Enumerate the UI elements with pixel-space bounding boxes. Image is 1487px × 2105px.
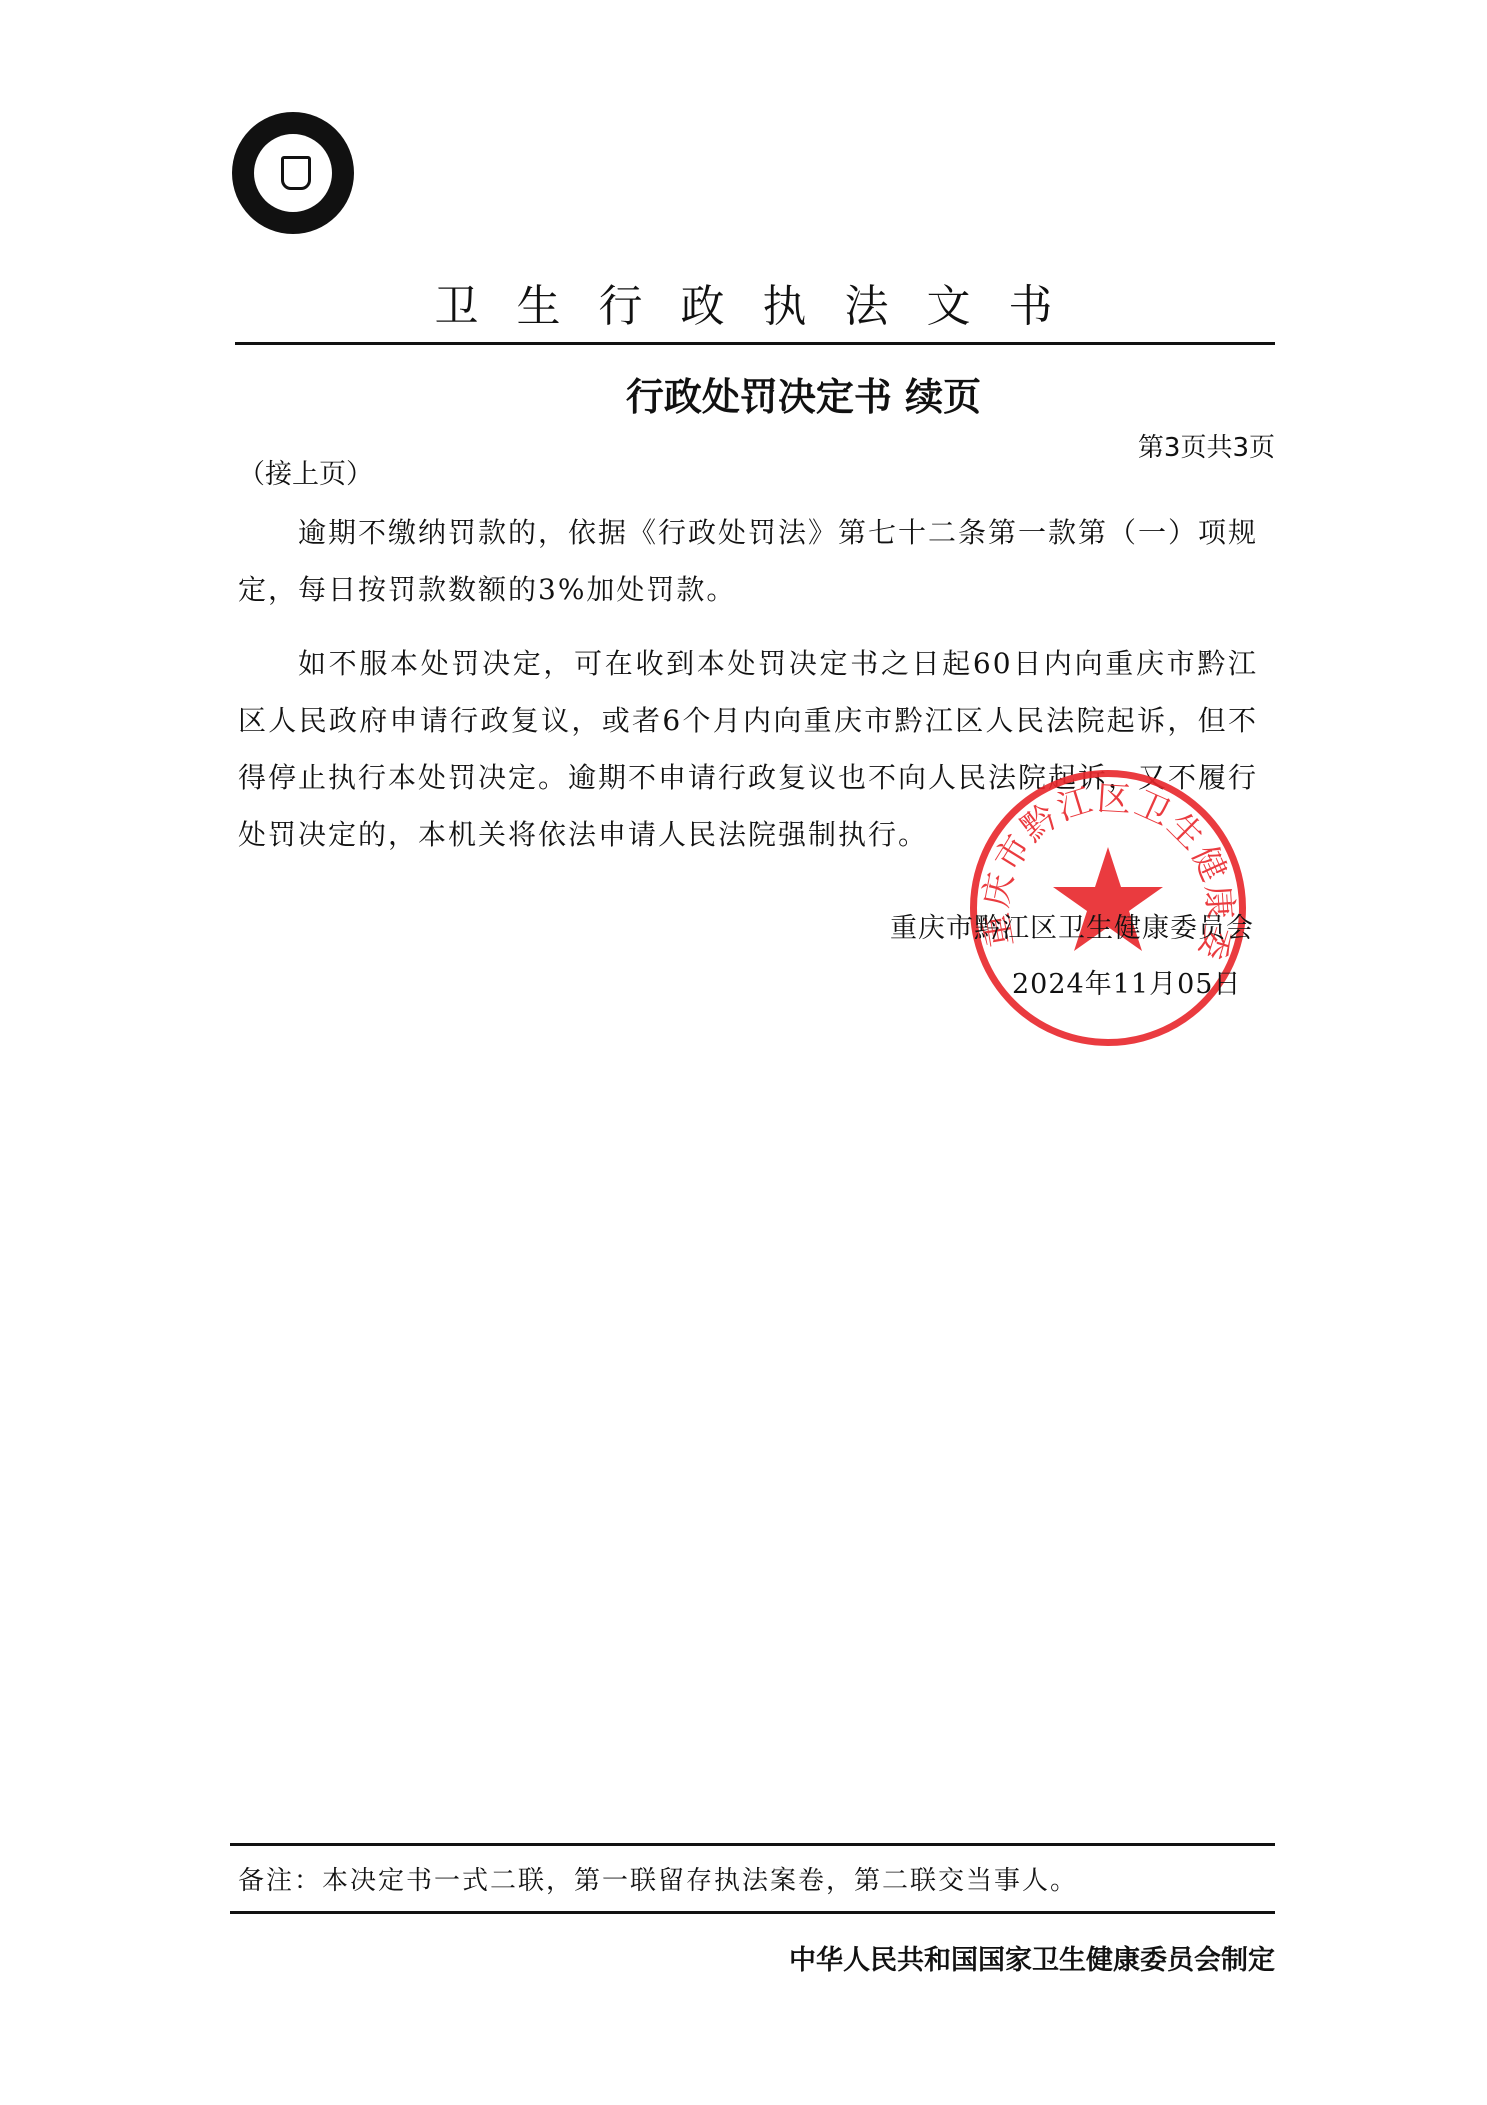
continued-label: （接上页） xyxy=(238,452,373,491)
title-divider xyxy=(235,342,1275,345)
emblem-shield-icon xyxy=(281,156,311,190)
page-indicator: 第3页共3页 xyxy=(1138,427,1275,464)
footer-note: 备注：本决定书一式二联，第一联留存执法案卷，第二联交当事人。 xyxy=(238,1860,1078,1897)
document-title: 卫生行政执法文书 xyxy=(0,270,1487,334)
issue-date: 2024年11月05日 xyxy=(1012,962,1241,1001)
paragraph-late-payment: 逾期不缴纳罚款的，依据《行政处罚法》第七十二条第一款第（一）项规定，每日按罚款数… xyxy=(238,504,1258,618)
emblem-center xyxy=(254,134,332,212)
emblem-icon xyxy=(232,112,354,234)
issuing-organization: 重庆市黔江区卫生健康委员会 xyxy=(890,906,1254,945)
document-subtitle: 行政处罚决定书 续页 xyxy=(0,366,1487,421)
issuer-footer: 中华人民共和国国家卫生健康委员会制定 xyxy=(789,1938,1275,1977)
footer-divider-bottom xyxy=(230,1911,1275,1914)
footer-divider-top xyxy=(230,1843,1275,1846)
